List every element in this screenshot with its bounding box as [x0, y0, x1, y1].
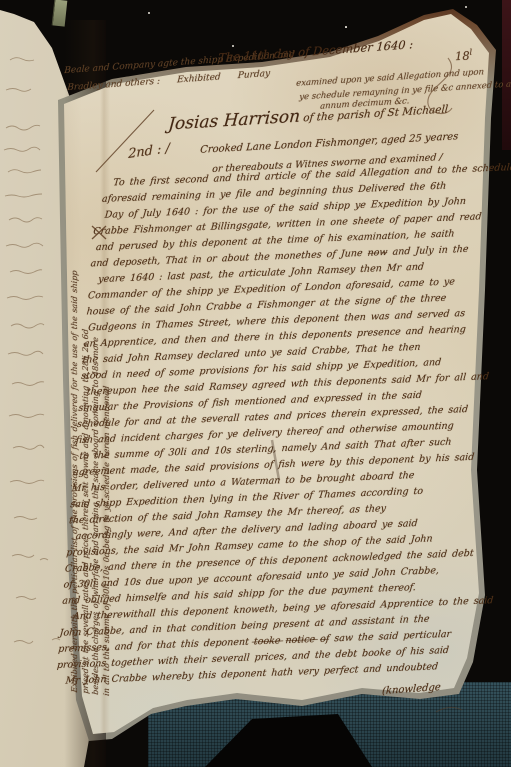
binding-strap [52, 0, 68, 27]
book-cover-edge [502, 0, 511, 150]
dust-speck [465, 6, 467, 8]
margin-note-line: Exhibited herewith the perticular list o… [70, 260, 81, 693]
margin-note: Exhibited herewith the perticular list o… [70, 260, 112, 696]
margin-note-line: prised at the severall rates and prices … [81, 261, 92, 694]
manuscript-photo: Beale and Company agte the shipp Expedit… [0, 0, 511, 767]
dust-speck [232, 45, 234, 47]
dust-speck [345, 26, 347, 28]
dust-speck [148, 12, 150, 14]
margin-note-line: in all to the summe of 30li 10s 0d being… [102, 263, 113, 696]
deposition-body: To the first second and third article of… [55, 161, 490, 690]
folio-number: 18l [455, 48, 473, 63]
folio-suffix: l [469, 48, 472, 57]
margin-note-line: besides the charges of wharfage and carr… [91, 262, 102, 695]
